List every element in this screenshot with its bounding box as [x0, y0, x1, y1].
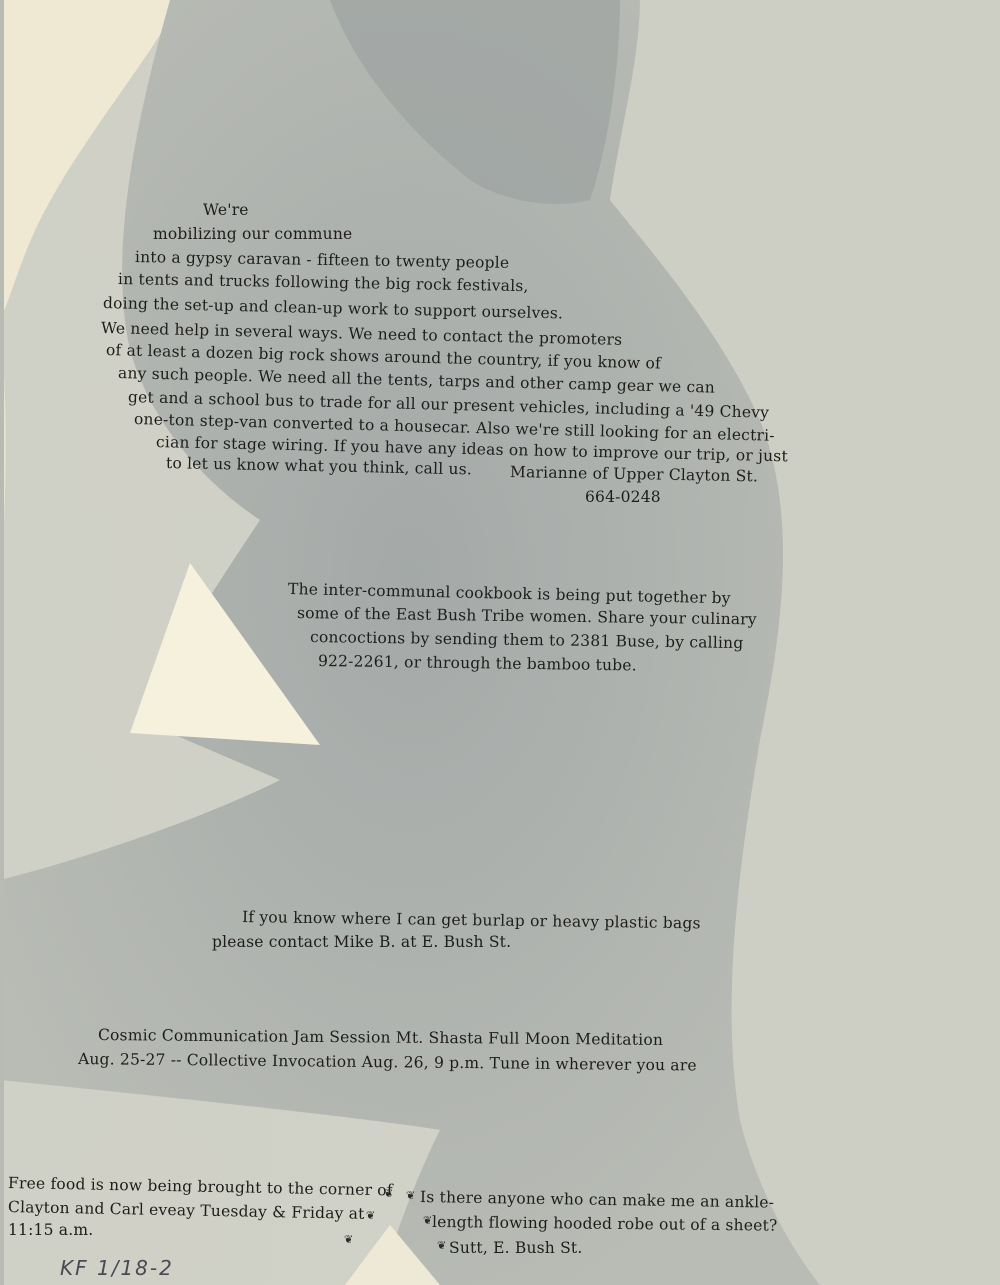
ornament-icon: ❦ [406, 1192, 415, 1200]
ornament-icon: ❦ [344, 1236, 353, 1244]
ornament-icon: ❦ [384, 1190, 393, 1198]
document-page: We're mobilizing our commune into a gyps… [0, 0, 1000, 1285]
handwritten-note: KF 1/18-2 [60, 1256, 174, 1280]
robe-line: Sutt, E. Bush St. [449, 1241, 583, 1257]
caravan-phone: 664-0248 [585, 490, 661, 506]
caravan-line: We're [203, 203, 249, 219]
ornament-icon: ❦ [437, 1242, 446, 1250]
ornament-icon: ❦ [366, 1212, 375, 1220]
free-food-line: 11:15 a.m. [8, 1223, 93, 1239]
ornament-icon: ❦ [423, 1217, 432, 1225]
robe-line: length flowing hooded robe out of a shee… [432, 1215, 778, 1234]
caravan-line: mobilizing our commune [153, 227, 352, 243]
burlap-line: please contact Mike B. at E. Bush St. [212, 935, 511, 951]
